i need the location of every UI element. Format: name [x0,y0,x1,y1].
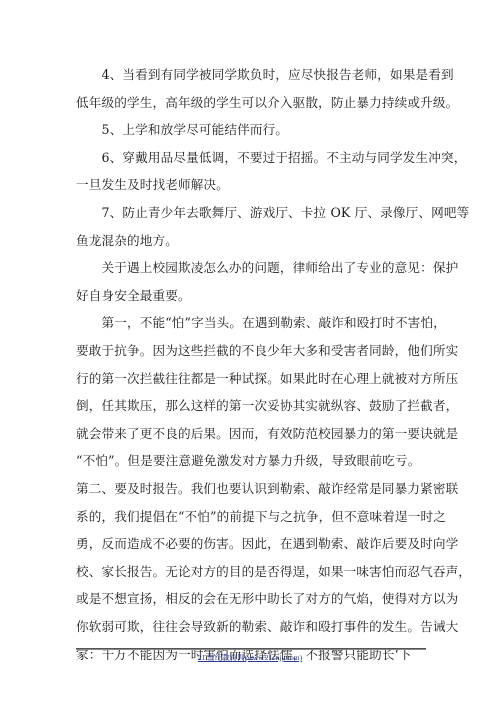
text-line: 一旦发生及时找老师解决。 [76,177,428,193]
text-line: 第二、要及时报告。我们也要认识到勒索、敲诈经常是同暴力紧密联 [76,481,428,497]
document-page: 4、当看到有同学被同学欺负时，应尽快报告老师，如果是看到低年级的学生，高年级的学… [0,0,500,707]
text-line: 4、当看到有同学被同学欺负时，应尽快报告老师，如果是看到 [76,67,428,83]
text-line: 低年级的学生，高年级的学生可以介入驱散，防止暴力持续或升级。 [76,95,428,111]
text-line: 系的，我们提倡在“不怕”的前提下与之抗争，但不意味着逞一时之 [76,509,428,525]
text-line: 行的第一次拦截往往都是一种试探。如果此时在心理上就被对方所压 [76,371,428,387]
footer-divider [76,648,426,650]
text-line: 6、穿戴用品尽量低调，不要过于招摇。不主动与同学发生冲突， [76,150,428,166]
text-line: 就会带来了更不良的后果。因而，有效防范校园暴力的第一要诀就是 [76,426,428,442]
text-line: “不怕”。但是要注意避免激发对方暴力升级，导致眼前吃亏。 [76,453,428,469]
footer-link[interactable]: 21 世纪教育网(www.21cnjy.com) [0,652,500,663]
text-line: 倒，任其欺压，那么这样的第一次妥协其实就纵容、鼓励了拦截者， [76,398,428,414]
text-line: 要敢于抗争。因为这些拦截的不良少年大多和受害者同龄，他们所实 [76,343,428,359]
text-line: 5、上学和放学尽可能结伴而行。 [76,122,428,138]
text-line: 勇，反而造成不必要的伤害。因此，在遇到勒索、敲诈后要及时向学 [76,536,428,552]
text-line: 7、防止青少年去歌舞厅、游戏厅、卡拉 OK 厅、录像厅、网吧等 [76,205,428,221]
text-line: 好自身安全最重要。 [76,288,428,304]
text-line: 你软弱可欺，往往会导致新的勒索、敲诈和殴打事件的发生。告诫大 [76,619,428,635]
text-line: 鱼龙混杂的地方。 [76,233,428,249]
text-line: 关于遇上校园欺凌怎么办的问题，律师给出了专业的意见：保护 [76,260,428,276]
text-line: 或是不想宣扬，相反的会在无形中助长了对方的气焰，使得对方以为 [76,591,428,607]
text-line: 第一，不能“怕”字当头。在遇到勒索、敲诈和殴打时不害怕， [76,315,428,331]
text-line: 校、家长报告。无论对方的目的是否得逞，如果一味害怕而忍气吞声， [76,564,428,580]
